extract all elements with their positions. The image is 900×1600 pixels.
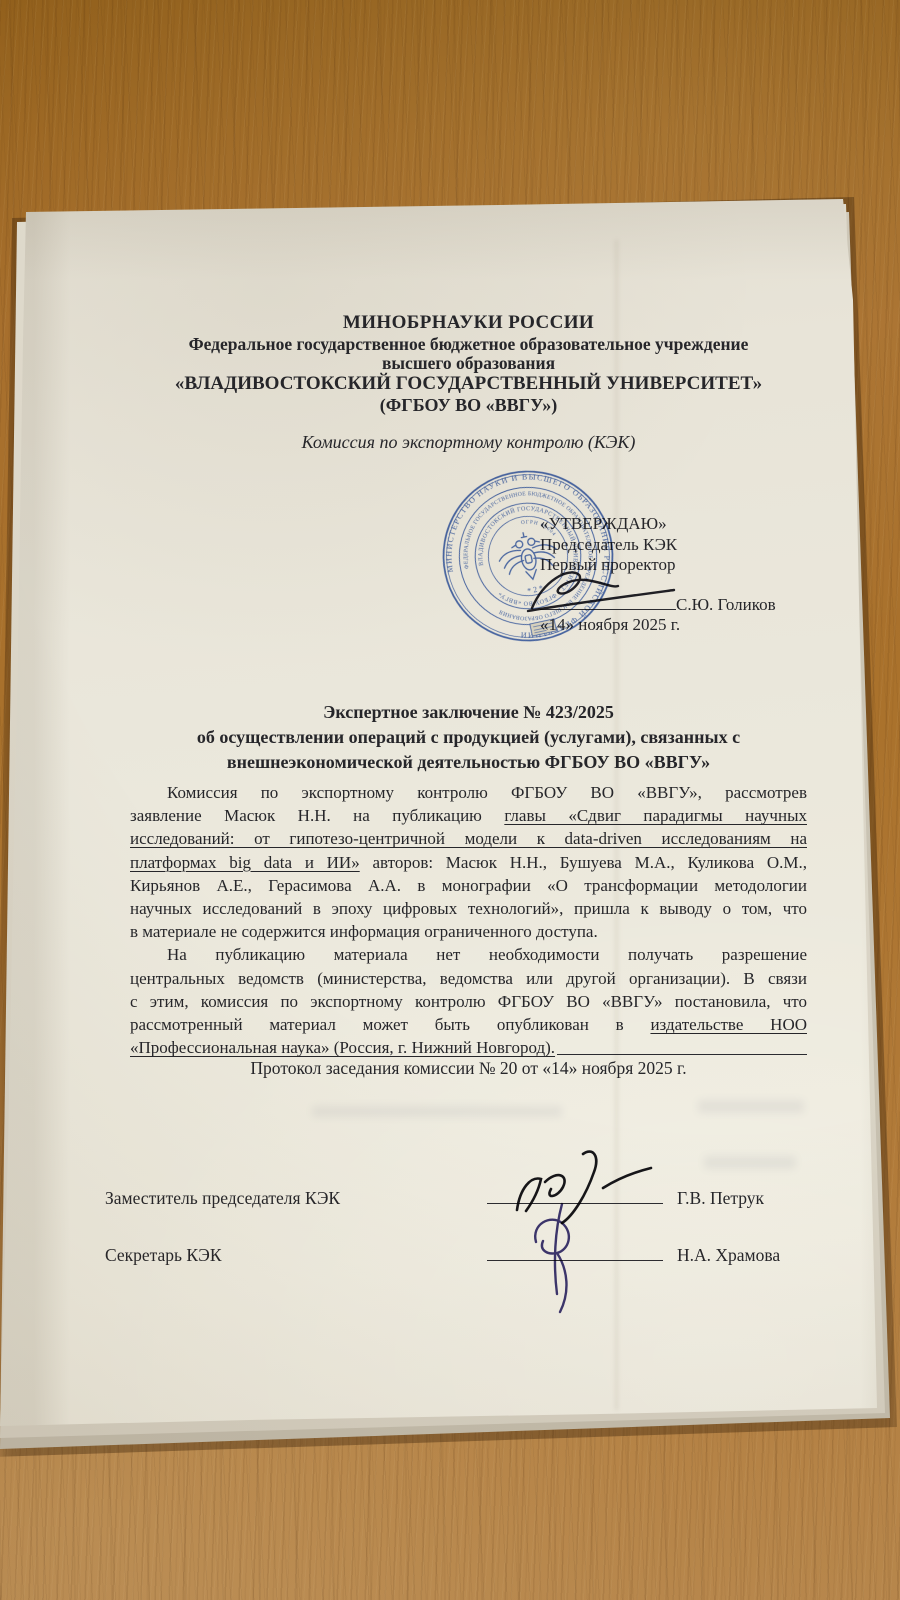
bleed-through-smudge xyxy=(698,1100,804,1113)
signature-rows: Заместитель председателя КЭКГ.В. ПетрукС… xyxy=(105,1188,811,1302)
protocol-line: Протокол заседания комиссии № 20 от «14»… xyxy=(130,1058,807,1079)
body-text: центральных ведомств (министерства, ведо… xyxy=(130,969,807,988)
signature-row: Секретарь КЭКН.А. Храмова xyxy=(105,1245,811,1269)
svg-text:МИНИСТЕРСТВО НАУКИ И ВЫСШЕГО О: МИНИСТЕРСТВО НАУКИ И ВЫСШЕГО ОБРАЗОВАНИЯ… xyxy=(429,457,627,655)
title-line: об осуществлении операций с продукцией (… xyxy=(130,725,807,750)
bleed-through-smudge xyxy=(312,1106,562,1117)
underlined-text: исследований: от гипотезо-центричной мод… xyxy=(130,829,807,848)
body-line: Комиссия по экспортному контролю ФГБОУ В… xyxy=(130,781,807,804)
body-line: научных исследований в эпоху цифровых те… xyxy=(130,897,807,920)
body-text: На публикацию материала нет необходимост… xyxy=(167,945,807,964)
body-text: Кирьянов А.Е., Герасимова А.А. в моногра… xyxy=(130,876,807,895)
signature-golikov-ink xyxy=(526,564,678,618)
signature-role: Заместитель председателя КЭК xyxy=(105,1188,340,1209)
body-line: На публикацию материала нет необходимост… xyxy=(130,943,807,966)
seal-ring-outer-text: МИНИСТЕРСТВО НАУКИ И ВЫСШЕГО ОБРАЗОВАНИЯ… xyxy=(429,457,627,655)
body-text: Комиссия по экспортному контролю ФГБОУ В… xyxy=(167,783,807,802)
bleed-through-smudge xyxy=(704,1156,796,1169)
signatory-name: С.Ю. Голиков xyxy=(676,595,776,616)
body-text: заявление Масюк Н.Н. на публикацию xyxy=(130,806,504,825)
underlined-text: «Профессиональная наука» (Россия, г. Ниж… xyxy=(130,1036,555,1059)
signatory-name: Г.В. Петрук xyxy=(663,1188,811,1209)
document-header: МИНОБРНАУКИ РОССИИФедеральное государств… xyxy=(130,311,807,453)
body-line: с этим, комиссия по экспортному контролю… xyxy=(130,990,807,1013)
title-line: внешнеэкономической деятельностью ФГБОУ … xyxy=(130,750,807,775)
underlined-text: издательстве НОО xyxy=(650,1015,807,1034)
commission-line: Комиссия по экспортному контролю (КЭК) xyxy=(130,432,807,453)
trailing-rule xyxy=(557,1054,807,1055)
signature-row: Заместитель председателя КЭКГ.В. Петрук xyxy=(105,1188,811,1212)
body-text: рассмотренный материал может быть опубли… xyxy=(130,1015,650,1034)
signature-khramova-ink xyxy=(516,1200,628,1317)
photographed-document: МИНОБРНАУКИ РОССИИФедеральное государств… xyxy=(0,0,900,1600)
underlined-text: главы «Сдвиг парадигмы научных xyxy=(504,806,807,825)
body-line: рассмотренный материал может быть опубли… xyxy=(130,1013,807,1036)
document-body: Комиссия по экспортному контролю ФГБОУ В… xyxy=(130,781,807,1059)
body-line: «Профессиональная наука» (Россия, г. Ниж… xyxy=(130,1036,807,1059)
body-line: центральных ведомств (министерства, ведо… xyxy=(130,967,807,990)
signatory-name: Н.А. Храмова xyxy=(663,1245,811,1266)
header-line: Федеральное государственное бюджетное об… xyxy=(130,334,807,354)
body-text: научных исследований в эпоху цифровых те… xyxy=(130,899,807,918)
body-line: исследований: от гипотезо-центричной мод… xyxy=(130,827,807,850)
header-line: «ВЛАДИВОСТОКСКИЙ ГОСУДАРСТВЕННЫЙ УНИВЕРС… xyxy=(130,373,807,395)
signature-role: Секретарь КЭК xyxy=(105,1245,222,1266)
header-line: (ФГБОУ ВО «ВВГУ») xyxy=(130,395,807,415)
header-line: высшего образования xyxy=(130,354,807,373)
university-seal: МИНИСТЕРСТВО НАУКИ И ВЫСШЕГО ОБРАЗОВАНИЯ… xyxy=(424,452,633,661)
body-line: платформах big data и ИИ» авторов: Масюк… xyxy=(130,851,807,874)
body-line: Кирьянов А.Е., Герасимова А.А. в моногра… xyxy=(130,874,807,897)
body-text: авторов: Масюк Н.Н., Бушуева М.А., Кулик… xyxy=(360,853,807,872)
header-line: МИНОБРНАУКИ РОССИИ xyxy=(130,311,807,334)
body-line: заявление Масюк Н.Н. на публикацию главы… xyxy=(130,804,807,827)
document-title: Экспертное заключение № 423/2025об осуще… xyxy=(130,700,807,775)
header-lines: МИНОБРНАУКИ РОССИИФедеральное государств… xyxy=(130,311,807,415)
body-line: в материале не содержится информация огр… xyxy=(130,920,807,943)
body-text: в материале не содержится информация огр… xyxy=(130,922,598,941)
underlined-text: платформах big data и ИИ» xyxy=(130,853,360,872)
body-text: с этим, комиссия по экспортному контролю… xyxy=(130,992,807,1011)
title-line: Экспертное заключение № 423/2025 xyxy=(130,700,807,725)
